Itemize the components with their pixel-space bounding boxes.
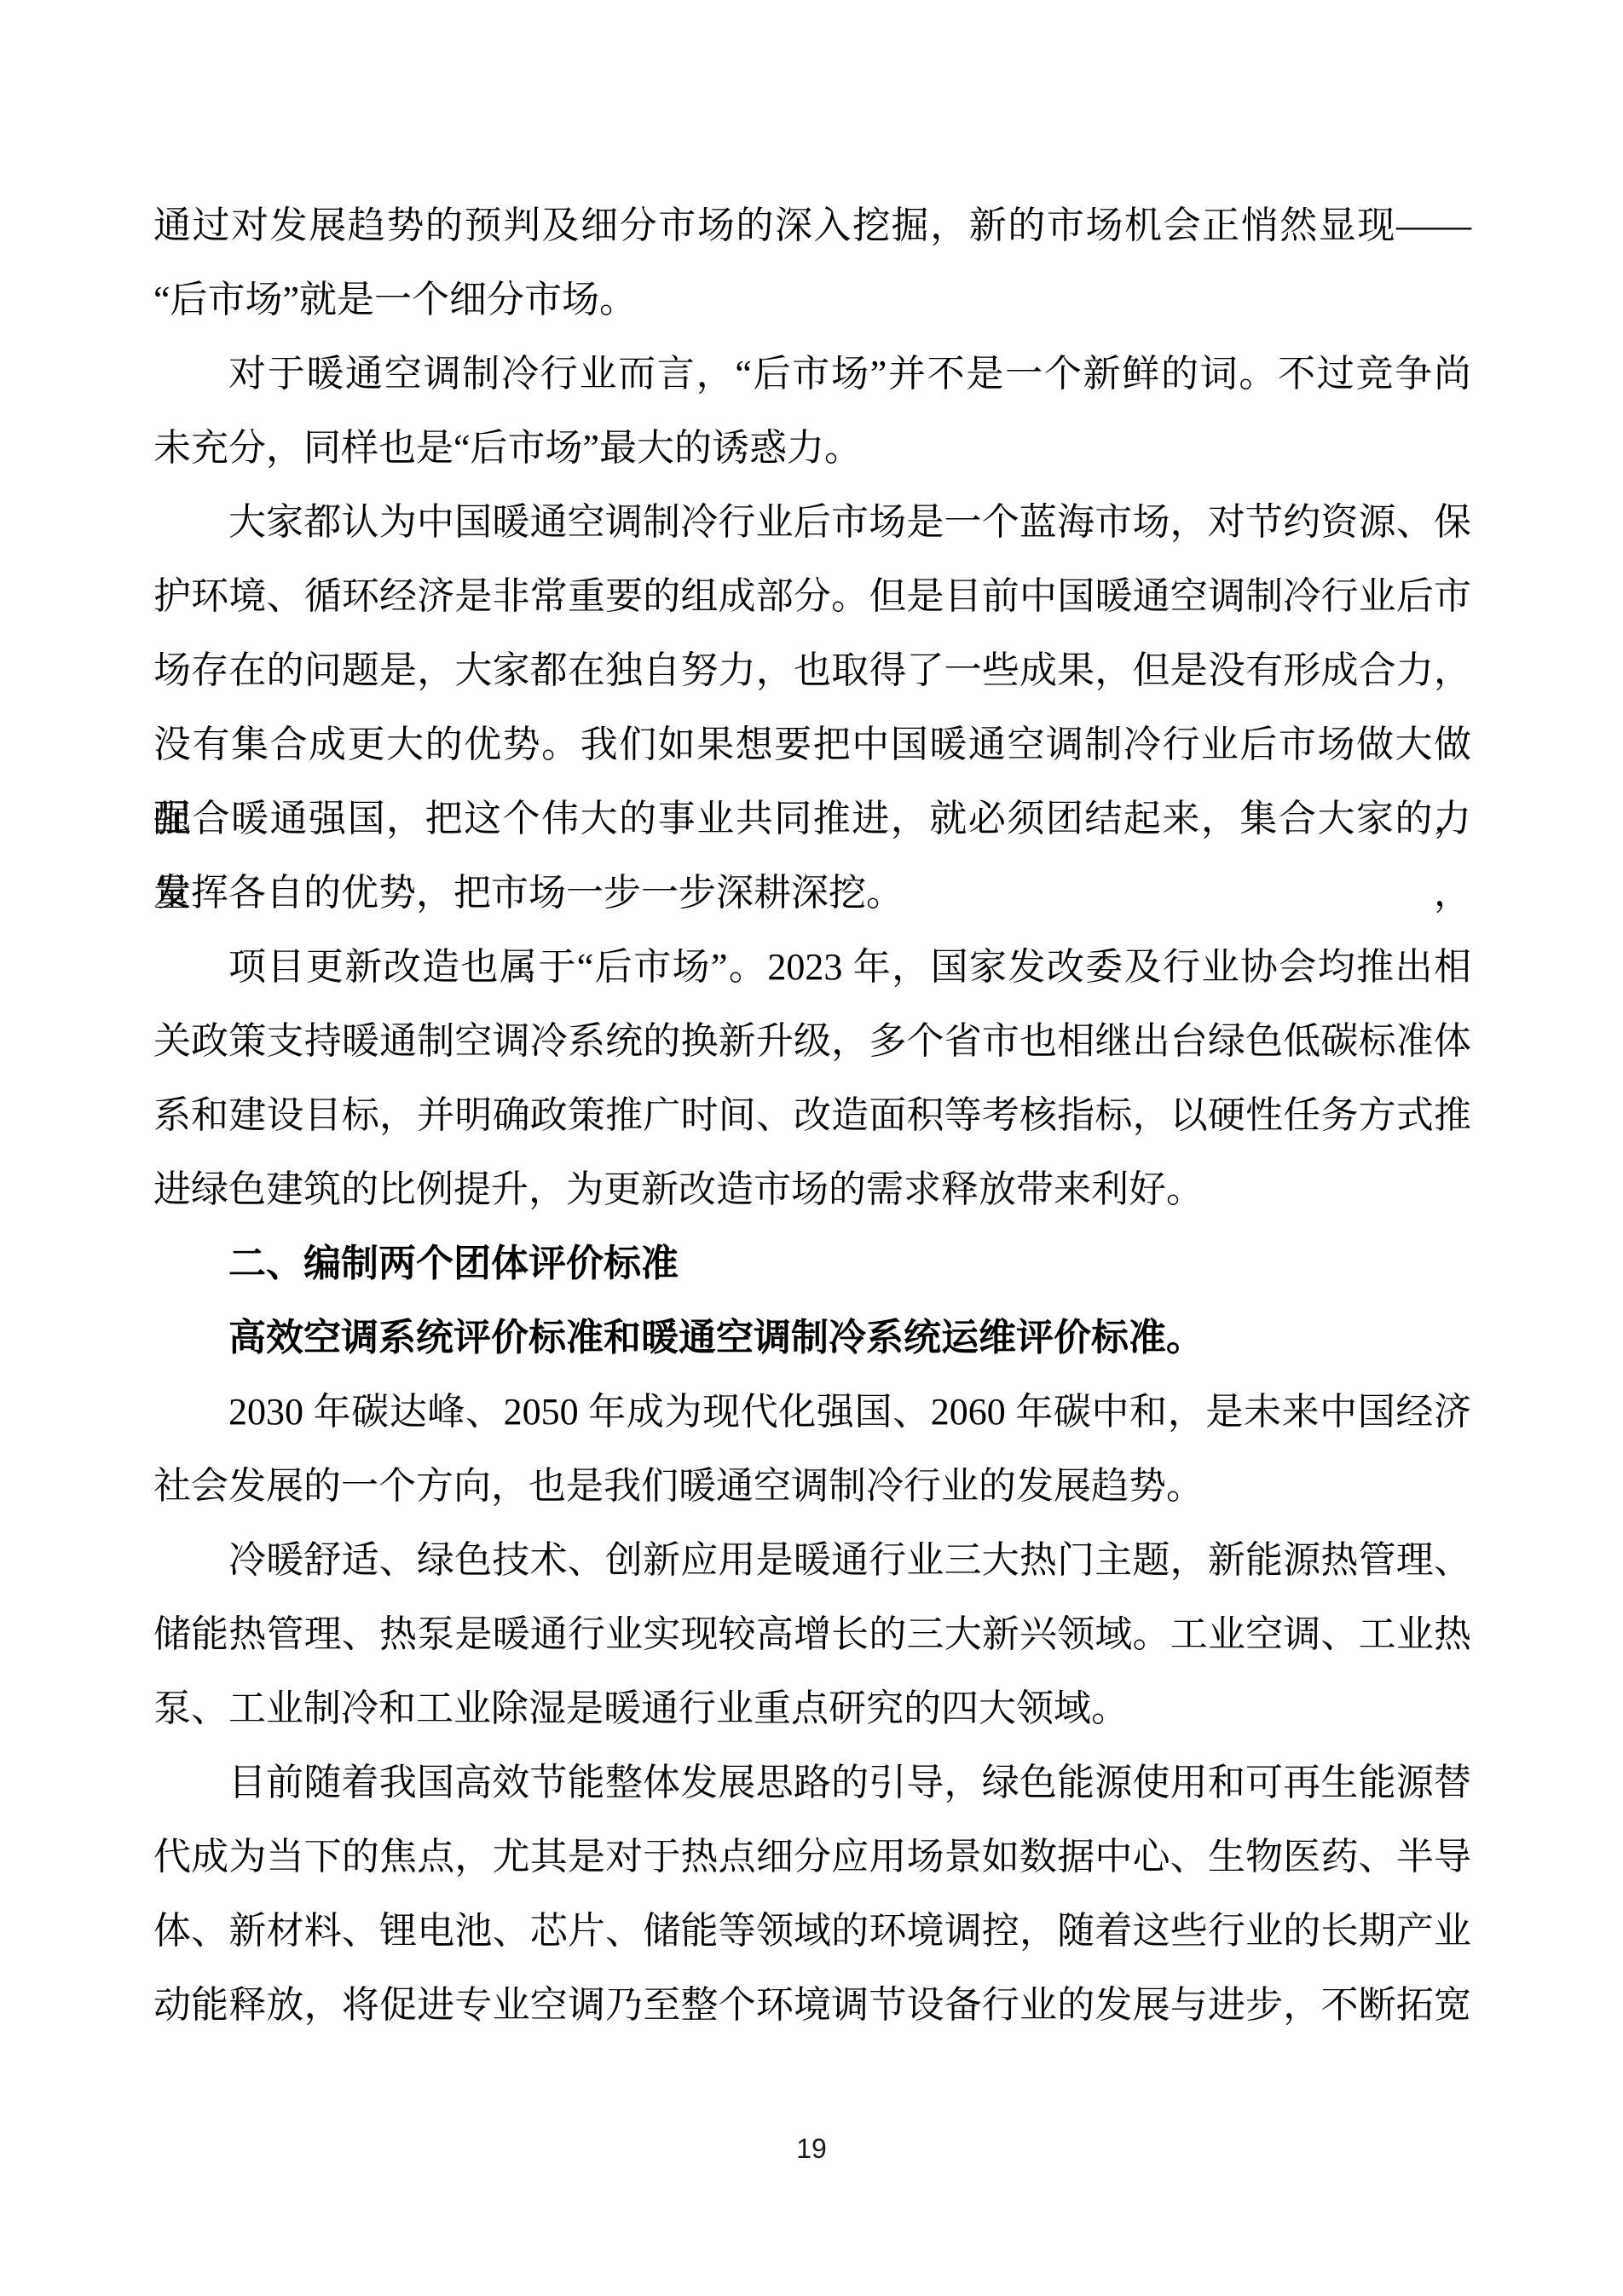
text-line: 动能释放，将促进专业空调乃至整个环境调节设备行业的发展与进步，不断拓宽	[153, 1968, 1471, 2042]
text-line: 场存在的问题是，大家都在独自努力，也取得了一些成果，但是没有形成合力，	[153, 633, 1471, 707]
text-line: 系和建设目标，并明确政策推广时间、改造面积等考核指标，以硬性任务方式推	[153, 1078, 1471, 1152]
page-number: 19	[0, 2129, 1623, 2168]
section-heading-2: 高效空调系统评价标准和暖通空调制冷系统运维评价标准。	[153, 1301, 1471, 1375]
text-line: 没有集合成更大的优势。我们如果想要把中国暖通空调制冷行业后市场做大做强，	[153, 707, 1471, 782]
text-line: “后市场”就是一个细分市场。	[153, 262, 1471, 337]
section-heading-1: 二、编制两个团体评价标准	[153, 1226, 1471, 1301]
document-page: 通过对发展趋势的预判及细分市场的深入挖掘，新的市场机会正悄然显现—— “后市场”…	[0, 0, 1623, 2296]
text-line: 通过对发展趋势的预判及细分市场的深入挖掘，新的市场机会正悄然显现——	[153, 188, 1471, 262]
text-line: 冷暖舒适、绿色技术、创新应用是暖通行业三大热门主题，新能源热管理、	[153, 1523, 1471, 1597]
text-line: 对于暖通空调制冷行业而言，“后市场”并不是一个新鲜的词。不过竞争尚	[153, 337, 1471, 411]
text-line: 目前随着我国高效节能整体发展思路的引导，绿色能源使用和可再生能源替	[153, 1745, 1471, 1820]
text-line: 项目更新改造也属于“后市场”。2023 年，国家发改委及行业协会均推出相	[153, 930, 1471, 1004]
text-line: 2030 年碳达峰、2050 年成为现代化强国、2060 年碳中和，是未来中国经…	[153, 1375, 1471, 1449]
text-line: 配合暖通强国，把这个伟大的事业共同推进，就必须团结起来，集合大家的力量，	[153, 782, 1471, 856]
text-line: 体、新材料、锂电池、芯片、储能等领域的环境调控，随着这些行业的长期产业	[153, 1894, 1471, 1968]
text-line: 关政策支持暖通制空调冷系统的换新升级，多个省市也相继出台绿色低碳标准体	[153, 1004, 1471, 1078]
text-line: 泵、工业制冷和工业除湿是暖通行业重点研究的四大领域。	[153, 1671, 1471, 1745]
body-text: 通过对发展趋势的预判及细分市场的深入挖掘，新的市场机会正悄然显现—— “后市场”…	[153, 188, 1471, 2042]
text-line: 大家都认为中国暖通空调制冷行业后市场是一个蓝海市场，对节约资源、保	[153, 485, 1471, 559]
text-line: 进绿色建筑的比例提升，为更新改造市场的需求释放带来利好。	[153, 1152, 1471, 1226]
text-line: 未充分，同样也是“后市场”最大的诱惑力。	[153, 411, 1471, 485]
text-line: 社会发展的一个方向，也是我们暖通空调制冷行业的发展趋势。	[153, 1449, 1471, 1523]
text-line: 护环境、循环经济是非常重要的组成部分。但是目前中国暖通空调制冷行业后市	[153, 559, 1471, 633]
text-line: 代成为当下的焦点，尤其是对于热点细分应用场景如数据中心、生物医药、半导	[153, 1820, 1471, 1894]
text-line: 储能热管理、热泵是暖通行业实现较高增长的三大新兴领域。工业空调、工业热	[153, 1597, 1471, 1671]
